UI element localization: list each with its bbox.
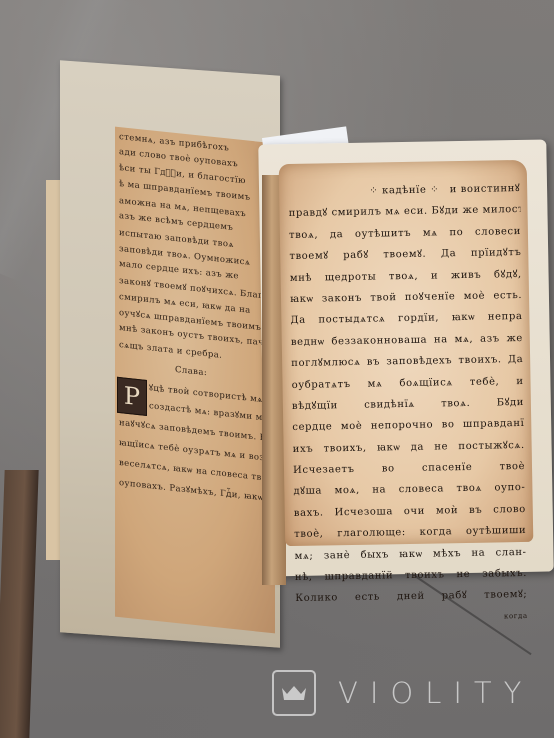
section-heading: Слава: xyxy=(175,365,271,385)
catchword: когда xyxy=(296,606,528,631)
crown-icon xyxy=(272,670,316,716)
violity-watermark: VIOLITY xyxy=(272,668,533,718)
text-line: Колико есть дней рабꙋ твоемꙋ; xyxy=(295,584,527,609)
drop-cap-initial: Р xyxy=(117,377,147,416)
left-page: стемнѧ, азъ прибѣгохъ ади слово твоѐ оуп… xyxy=(115,127,275,634)
watermark-brand: VIOLITY xyxy=(338,676,533,710)
right-page-text: ⁘ кадѣнїе ⁘ и воистиннꙋ правдꙋ смирилъ м… xyxy=(288,178,528,631)
